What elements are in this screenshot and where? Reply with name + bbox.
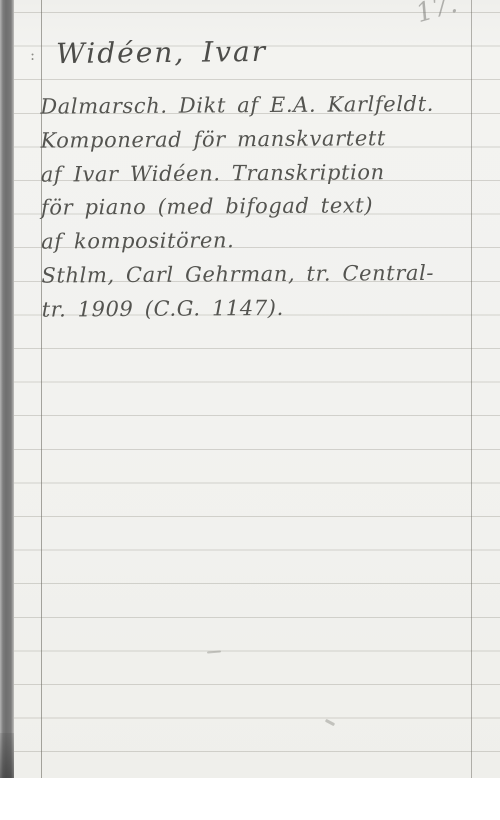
card-body: Dalmarsch. Dikt af E.A. Karlfeldt. Kompo… — [40, 87, 498, 327]
card-body-line-6: Sthlm, Carl Gehrman, tr. Central- — [41, 256, 497, 293]
card-body-line-3: af Ivar Widéen. Transkription — [41, 155, 497, 192]
scanned-catalog-card: 17. : Widéen, Ivar Dalmarsch. Dikt af E.… — [0, 0, 500, 820]
card-body-line-2: Komponerad för manskvartett — [40, 121, 496, 158]
scan-edge-smudge — [0, 733, 14, 778]
margin-mark: : — [30, 46, 35, 64]
card-body-line-7: tr. 1909 (C.G. 1147). — [42, 290, 498, 327]
card-body-line-1: Dalmarsch. Dikt af E.A. Karlfeldt. — [40, 87, 496, 124]
card-body-line-4: för piano (med bifogad text) — [41, 189, 497, 226]
card-paper: 17. : Widéen, Ivar Dalmarsch. Dikt af E.… — [14, 0, 500, 778]
card-body-line-5: af kompositören. — [41, 223, 497, 260]
card-heading: Widéen, Ivar — [56, 35, 267, 70]
